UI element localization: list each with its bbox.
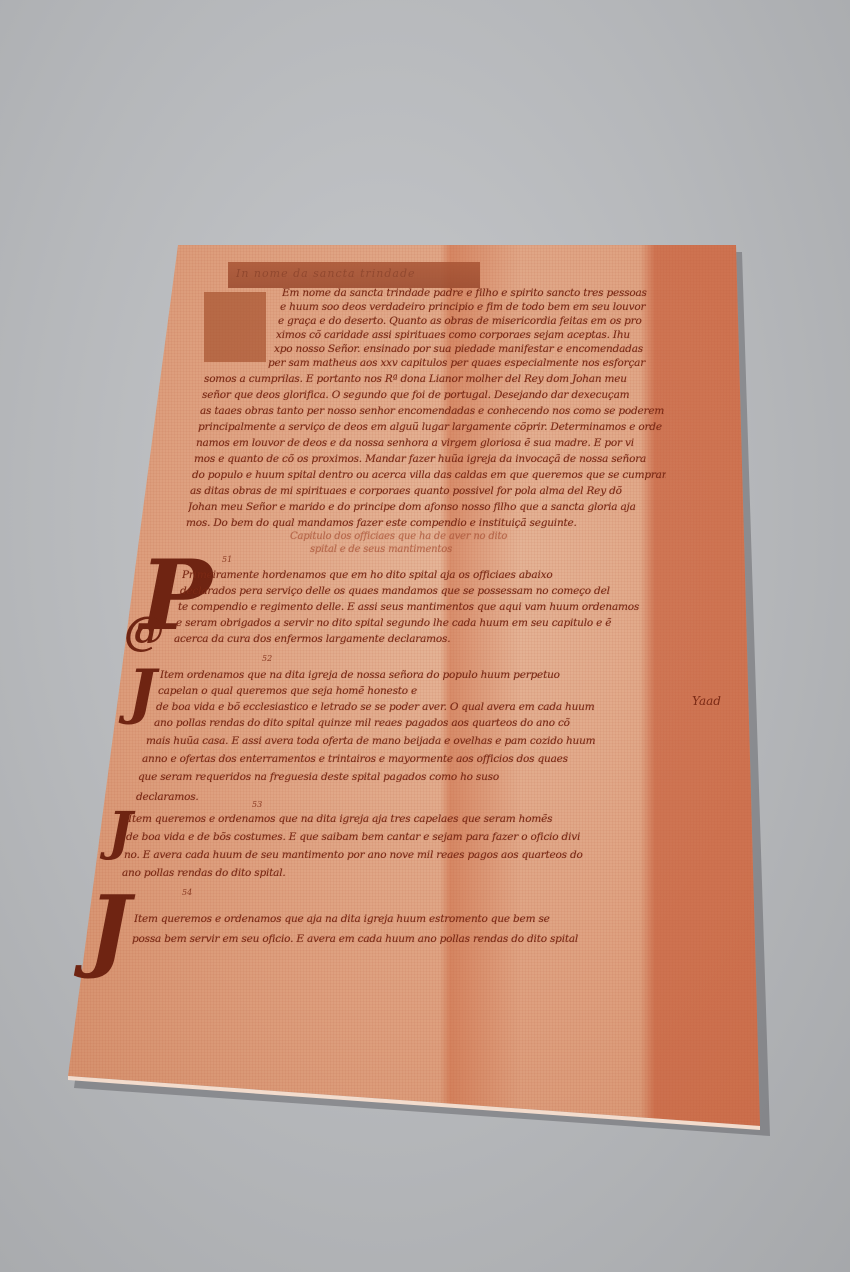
text-line: declaramos. — [136, 790, 256, 804]
title-band-text: In nome da sancta trindade — [228, 262, 480, 285]
text-line: Item queremos e ordenamos que na dita ig… — [128, 812, 668, 826]
text-line: declarados pera serviço delle os quaes m… — [180, 584, 680, 598]
chapter-number: 51 — [222, 555, 232, 564]
text-line: do populo e huum spital dentro ou acerca… — [192, 468, 666, 482]
text-line: Johan meu Señor e marido e do principe d… — [188, 500, 666, 514]
decorated-initial-i: J — [88, 884, 131, 974]
text-line: Item ordenamos que na dita igreja de nos… — [160, 668, 670, 682]
text-line: de boa vida e de bõs costumes. E que sai… — [126, 830, 666, 844]
text-line: somos a cumprilas. E portanto nos Rª don… — [204, 372, 666, 386]
chapter-number: 54 — [182, 888, 192, 897]
text-line: Item queremos e ordenamos que aja na dit… — [134, 912, 654, 926]
text-line: te compendio e regimento delle. E assi s… — [178, 600, 678, 614]
text-line: Em nome da sancta trindade padre e filho… — [282, 286, 662, 300]
text-line: per sam matheus aos xxv capitulos per qu… — [268, 356, 666, 370]
text-line: acerca da cura dos enfermos largamente d… — [174, 632, 594, 646]
illuminated-initial-box — [204, 292, 266, 362]
text-line: principalmente a serviço de deos em algu… — [198, 420, 666, 434]
text-line: que seram requeridos na freguesia deste … — [138, 770, 664, 784]
decorative-scroll-ornament: @ — [124, 612, 164, 652]
decorated-initial-i: J — [128, 662, 156, 722]
text-line: mais huũa casa. E assi avera toda oferta… — [146, 734, 666, 748]
text-line: ano pollas rendas do dito spital quinze … — [154, 716, 662, 730]
text-line: e seram obrigados a servir no dito spita… — [176, 616, 680, 630]
text-line: ximos cõ caridade assi spirituaes como c… — [276, 328, 666, 342]
text-line: Primeiramente hordenamos que em ho dito … — [182, 568, 682, 582]
text-line: de boa vida e bõ ecclesiastico e letrado… — [156, 700, 656, 714]
text-line: ano pollas rendas do dito spital. — [122, 866, 382, 880]
text-line: as taaes obras tanto per nosso senhor en… — [200, 404, 666, 418]
text-line: señor que deos glorifica. O segundo que … — [202, 388, 666, 402]
chapter-number: 53 — [252, 800, 262, 809]
text-line: e huum soo deos verdadeiro principio e f… — [280, 300, 665, 314]
margin-signature: Yaad — [692, 694, 721, 708]
chapter-number: 52 — [262, 654, 272, 663]
text-line: xpo nosso Señor. ensinado por sua piedad… — [274, 342, 666, 356]
decorated-title-band: In nome da sancta trindade — [228, 262, 480, 288]
text-line: anno e ofertas dos enterramentos e trint… — [142, 752, 666, 766]
text-line: namos em louvor de deos e da nossa senho… — [196, 436, 666, 450]
text-line: capelan o qual queremos que seja homẽ ho… — [158, 684, 658, 698]
text-line: as ditas obras de mi spirituaes e corpor… — [190, 484, 666, 498]
chapter-heading-line: spital e de seus mantimentos — [310, 543, 550, 557]
manuscript-content: In nome da sancta trindade Em nome da sa… — [0, 0, 850, 1272]
text-line: no. E avera cada huum de seu mantimento … — [124, 848, 664, 862]
text-line: mos e quanto de cõ os proximos. Mandar f… — [194, 452, 666, 466]
text-line: possa bem servir em seu oficio. E avera … — [132, 932, 656, 946]
chapter-heading-line: Capitulo dos officiaes que ha de aver no… — [290, 530, 610, 544]
text-line: mos. Do bem do qual mandamos fazer este … — [186, 516, 606, 530]
text-line: e graça e do deserto. Quanto as obras de… — [278, 314, 666, 328]
